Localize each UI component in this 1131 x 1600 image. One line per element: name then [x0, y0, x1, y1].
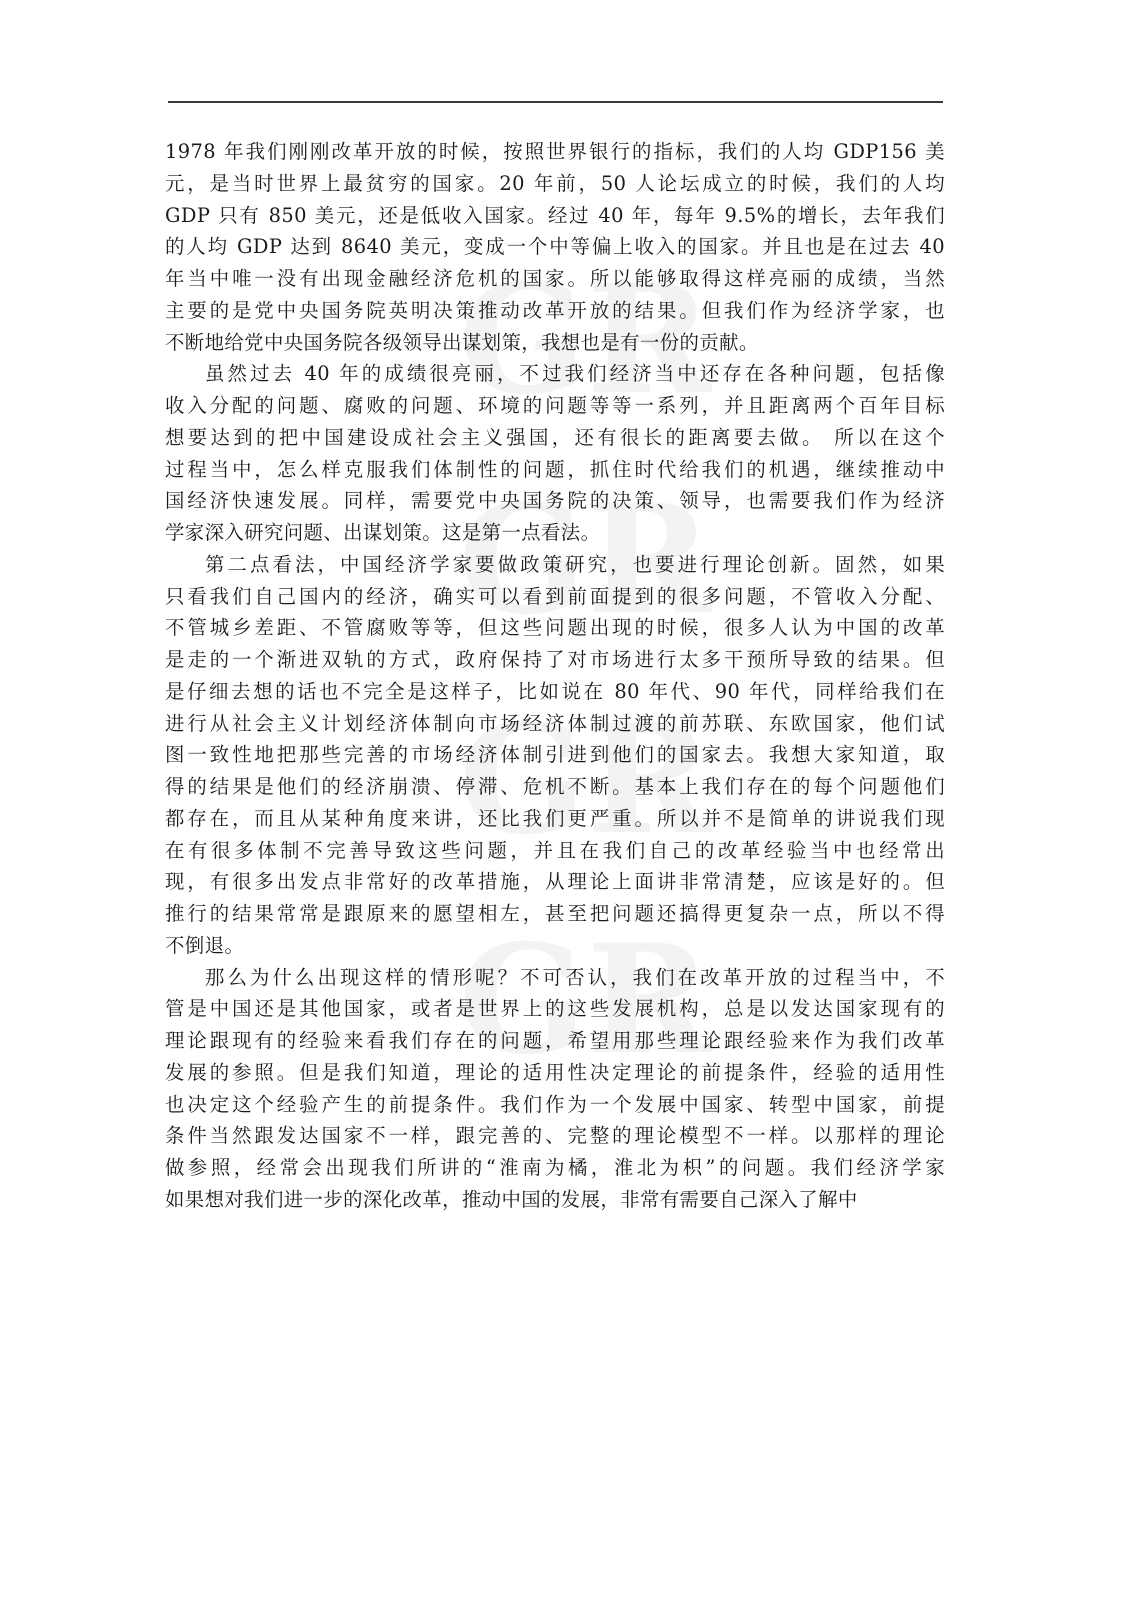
text-line: 虽然过去 40 年的成绩很亮丽，不过我们经济当中还存在各种问题，包括像 [165, 358, 945, 390]
text-line: 得的结果是他们的经济崩溃、停滞、危机不断。基本上我们存在的每个问题他们 [165, 771, 945, 803]
text-line: 只看我们自己国内的经济，确实可以看到前面提到的很多问题，不管收入分配、 [165, 581, 945, 613]
text-line: 理论跟现有的经验来看我们存在的问题，希望用那些理论跟经验来作为我们改革 [165, 1025, 945, 1057]
text-line: 条件当然跟发达国家不一样，跟完善的、完整的理论模型不一样。以那样的理论 [165, 1120, 945, 1152]
paragraph: 那么为什么出现这样的情形呢？不可否认，我们在改革开放的过程当中，不管是中国还是其… [165, 962, 945, 1216]
text-line: 做参照，经常会出现我们所讲的“淮南为橘，淮北为枳”的问题。我们经济学家 [165, 1152, 945, 1184]
text-line: 过程当中，怎么样克服我们体制性的问题，抓住时代给我们的机遇，继续推动中 [165, 454, 945, 486]
text-line: 元，是当时世界上最贫穷的国家。20 年前，50 人论坛成立的时候，我们的人均 [165, 168, 945, 200]
text-line: 想要达到的把中国建设成社会主义强国，还有很长的距离要去做。 所以在这个 [165, 422, 945, 454]
text-line: 主要的是党中央国务院英明决策推动改革开放的结果。但我们作为经济学家，也 [165, 295, 945, 327]
text-line: 图一致性地把那些完善的市场经济体制引进到他们的国家去。我想大家知道，取 [165, 739, 945, 771]
text-line: 进行从社会主义计划经济体制向市场经济体制过渡的前苏联、东欧国家，他们试 [165, 708, 945, 740]
text-line: 收入分配的问题、腐败的问题、环境的问题等等一系列，并且距离两个百年目标 [165, 390, 945, 422]
text-line: 1978 年我们刚刚改革开放的时候，按照世界银行的指标，我们的人均 GDP156… [165, 136, 945, 168]
text-line: 是仔细去想的话也不完全是这样子，比如说在 80 年代、90 年代，同样给我们在 [165, 676, 945, 708]
text-line: 是走的一个渐进双轨的方式，政府保持了对市场进行太多干预所导致的结果。但 [165, 644, 945, 676]
text-line: 年当中唯一没有出现金融经济危机的国家。所以能够取得这样亮丽的成绩，当然 [165, 263, 945, 295]
text-line: 也决定这个经验产生的前提条件。我们作为一个发展中国家、转型中国家，前提 [165, 1089, 945, 1121]
paragraph: 虽然过去 40 年的成绩很亮丽，不过我们经济当中还存在各种问题，包括像收入分配的… [165, 358, 945, 549]
text-line: 不管城乡差距、不管腐败等等，但这些问题出现的时候，很多人认为中国的改革 [165, 612, 945, 644]
paragraph: 第二点看法，中国经济学家要做政策研究，也要进行理论创新。固然，如果只看我们自己国… [165, 549, 945, 962]
body-text: 1978 年我们刚刚改革开放的时候，按照世界银行的指标，我们的人均 GDP156… [165, 136, 945, 1216]
text-line: 国经济快速发展。同样，需要党中央国务院的决策、领导，也需要我们作为经济 [165, 485, 945, 517]
text-line: 学家深入研究问题、出谋划策。这是第一点看法。 [165, 517, 945, 549]
text-line: 第二点看法，中国经济学家要做政策研究，也要进行理论创新。固然，如果 [165, 549, 945, 581]
text-line: 的人均 GDP 达到 8640 美元，变成一个中等偏上收入的国家。并且也是在过去… [165, 231, 945, 263]
text-line: 不断地给党中央国务院各级领导出谋划策，我想也是有一份的贡献。 [165, 327, 945, 359]
text-line: GDP 只有 850 美元，还是低收入国家。经过 40 年，每年 9.5%的增长… [165, 200, 945, 232]
text-line: 管是中国还是其他国家，或者是世界上的这些发展机构，总是以发达国家现有的 [165, 993, 945, 1025]
text-line: 推行的结果常常是跟原来的愿望相左，甚至把问题还搞得更复杂一点，所以不得 [165, 898, 945, 930]
document-page: GR GR GR GR 1978 年我们刚刚改革开放的时候，按照世界银行的指标，… [0, 0, 1131, 1600]
header-rule [168, 101, 943, 103]
text-line: 不倒退。 [165, 930, 945, 962]
text-line: 发展的参照。但是我们知道，理论的适用性决定理论的前提条件，经验的适用性 [165, 1057, 945, 1089]
paragraph: 1978 年我们刚刚改革开放的时候，按照世界银行的指标，我们的人均 GDP156… [165, 136, 945, 358]
text-line: 现，有很多出发点非常好的改革措施，从理论上面讲非常清楚，应该是好的。但 [165, 866, 945, 898]
text-line: 如果想对我们进一步的深化改革，推动中国的发展，非常有需要自己深入了解中 [165, 1184, 945, 1216]
text-line: 那么为什么出现这样的情形呢？不可否认，我们在改革开放的过程当中，不 [165, 962, 945, 994]
text-line: 都存在，而且从某种角度来讲，还比我们更严重。所以并不是简单的讲说我们现 [165, 803, 945, 835]
text-line: 在有很多体制不完善导致这些问题，并且在我们自己的改革经验当中也经常出 [165, 835, 945, 867]
